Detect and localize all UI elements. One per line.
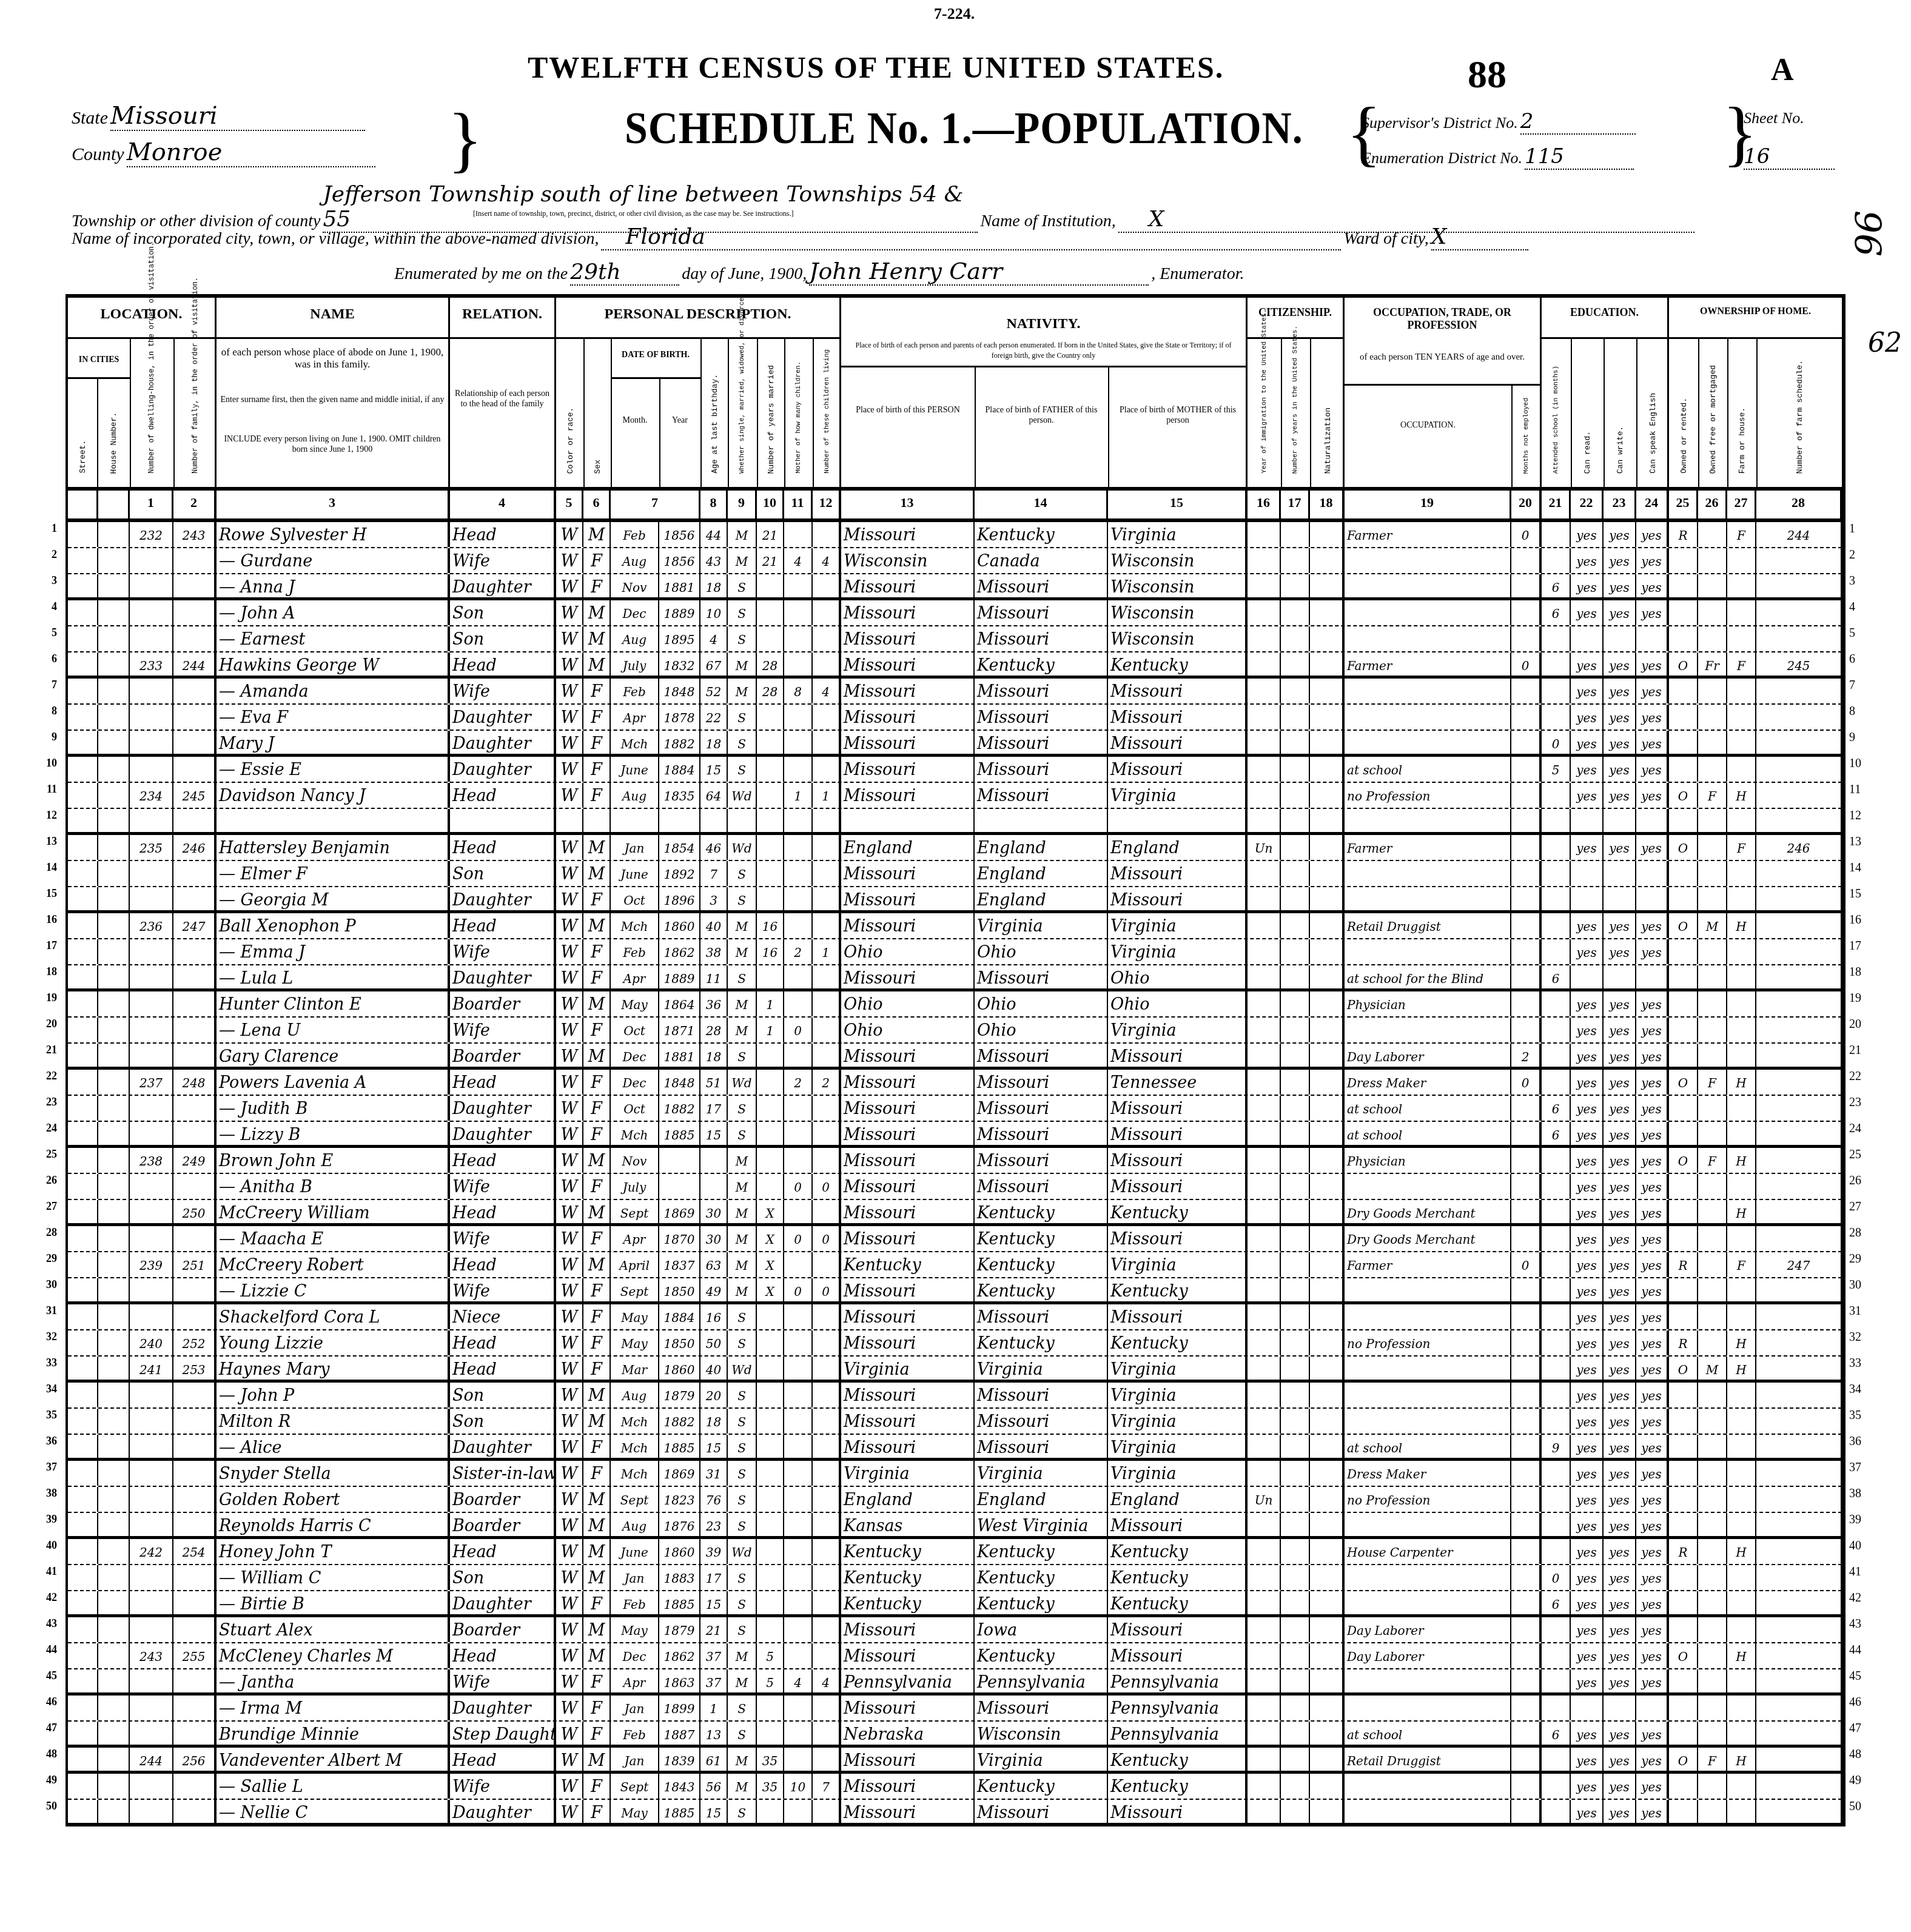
cell-imm [1248,1357,1281,1380]
cell-occ [1345,809,1511,832]
cell-fb: Ohio [975,939,1108,964]
cell-rd: yes [1571,600,1604,625]
cell-en: yes [1636,1409,1669,1434]
cell-mb: Tennessee [1108,1070,1248,1095]
cell-mb: Pennsylvania [1108,1722,1248,1745]
cell-sch: 6 [1542,1122,1571,1145]
cell-name: — Eva F [217,705,450,730]
cell-cl [813,1800,841,1825]
cell-mar: M [728,679,757,703]
cell-moc: 0 [784,1278,813,1301]
cell-occ: at school [1345,1722,1511,1745]
cell-fb: Missouri [975,1304,1108,1329]
cell-mo: Mch [611,1409,659,1434]
cell-sch [1542,705,1571,730]
cell-wr: yes [1604,1800,1636,1825]
ward-value: X [1431,224,1528,250]
cell-en: yes [1636,652,1669,676]
cell-farm [1727,1774,1756,1799]
cell-blank [98,548,130,573]
cell-yr: 1895 [659,626,700,651]
line-number-right: 12 [1849,809,1879,823]
cell-mort [1698,887,1727,910]
cell-fb: Ohio [975,991,1108,1016]
cell-mort [1698,991,1727,1016]
cell-occ: Physician [1345,1148,1511,1173]
cell-imm [1248,1044,1281,1067]
cell-cl [813,1617,841,1642]
cell-fs [1756,991,1842,1016]
cell-fs: 244 [1756,522,1842,547]
cell-age: 3 [700,887,728,910]
cell-mu [1511,1278,1542,1301]
cell-wr: yes [1604,731,1636,754]
cell-mort [1698,757,1727,782]
line-number: 45 [33,1669,57,1682]
cell-age: 15 [700,1122,728,1145]
line-number: 10 [33,757,57,770]
header-location: LOCATION. IN CITIES Street. House Number… [68,298,217,487]
cell-dw [130,1435,173,1458]
cell-wr: yes [1604,1174,1636,1199]
cell-sch [1542,939,1571,964]
cell-own [1669,1278,1698,1301]
cell-moc [784,731,813,754]
cell-mar: M [728,1278,757,1301]
column-number: 2 [173,487,217,518]
cell-nat [1310,1357,1345,1380]
cell-mar: Wd [728,835,757,860]
cell-own [1669,1565,1698,1590]
cell-pb: Missouri [841,861,975,886]
cell-mo: Feb [611,939,659,964]
line-number: 44 [33,1643,57,1656]
cell-yr: 1871 [659,1018,700,1042]
cell-dw [130,705,173,730]
cell-color: W [556,1304,583,1329]
cell-nat [1310,1148,1345,1173]
cell-mort [1698,1696,1727,1720]
cell-sex: M [583,522,611,547]
cell-fam: 250 [173,1200,217,1223]
cell-dw [130,1174,173,1199]
cell-sex: F [583,1800,611,1825]
line-number-right: 36 [1849,1435,1879,1449]
cell-blank [68,1383,98,1407]
cell-dw [130,861,173,886]
cell-rel: Son [450,626,556,651]
cell-farm: H [1727,1357,1756,1380]
cell-mar: S [728,1696,757,1720]
line-number-right: 16 [1849,913,1879,927]
line-number-right: 25 [1849,1148,1879,1162]
cell-rel: Wife [450,1018,556,1042]
cell-moc [784,1122,813,1145]
cell-fam [173,1722,217,1745]
cell-mo: Oct [611,1018,659,1042]
line-number-right: 40 [1849,1539,1879,1553]
cell-fs [1756,1591,1842,1614]
cell-rel: Head [450,1070,556,1095]
cell-sch [1542,1800,1571,1825]
cell-moc [784,1435,813,1458]
column-number: 23 [1604,487,1636,518]
table-row: 2727250McCreery WilliamHeadWMSept186930M… [68,1200,1842,1226]
cell-rel: Head [450,835,556,860]
cell-mu [1511,809,1542,832]
cell-dw [130,1409,173,1434]
cell-yr [659,809,700,832]
cell-cl [813,1148,841,1173]
cell-mort [1698,1539,1727,1564]
county-value: Monroe [127,138,375,167]
cell-mo: Dec [611,1044,659,1067]
line-number: 41 [33,1565,57,1578]
cell-sch: 6 [1542,1591,1571,1614]
cell-mu [1511,1357,1542,1380]
cell-mb: Kentucky [1108,1748,1248,1771]
table-row: 4141— William CSonWMJan188317SKentuckyKe… [68,1565,1842,1591]
cell-blank [98,1278,130,1301]
cell-moc [784,1409,813,1434]
cell-fb: Missouri [975,1096,1108,1121]
cell-fb: Kentucky [975,1252,1108,1277]
cell-yus [1281,652,1310,676]
cell-age: 17 [700,1565,728,1590]
cell-yus [1281,1591,1310,1614]
cell-blank [98,1435,130,1458]
cell-mo: April [611,1252,659,1277]
cell-mar: Wd [728,1357,757,1380]
cell-occ [1345,1591,1511,1614]
cell-name: Davidson Nancy J [217,783,450,808]
cell-fb: Kentucky [975,1565,1108,1590]
cell-pb: Missouri [841,679,975,703]
cell-blank [68,1330,98,1355]
cell-occ [1345,1278,1511,1301]
cell-imm [1248,1096,1281,1121]
cell-mort [1698,1617,1727,1642]
line-number: 11 [33,783,57,796]
cell-wr: yes [1604,1252,1636,1277]
line-number: 12 [33,809,57,822]
line-number: 3 [33,574,57,587]
cell-cl [813,1409,841,1434]
county-field: County Monroe [72,138,375,167]
cell-fs [1756,1669,1842,1692]
cell-occ: no Profession [1345,783,1511,808]
column-number [98,487,130,518]
column-number: 7 [611,487,700,518]
cell-mo: July [611,652,659,676]
cell-dw [130,1774,173,1799]
line-number: 22 [33,1070,57,1082]
cell-imm [1248,1278,1281,1301]
cell-age: 51 [700,1070,728,1095]
cell-yr: 1885 [659,1800,700,1825]
cell-cl [813,1122,841,1145]
cell-imm [1248,1539,1281,1564]
cell-yr: 1882 [659,1096,700,1121]
cell-cl [813,705,841,730]
cell-blank [68,913,98,938]
cell-mu: 0 [1511,1252,1542,1277]
cell-occ [1345,1669,1511,1692]
cell-wr: yes [1604,1122,1636,1145]
cell-fs [1756,1304,1842,1329]
table-row: 1515— Georgia MDaughterWFOct18963SMissou… [68,887,1842,913]
cell-blank [98,1409,130,1434]
sheet-value: 16 [1744,144,1835,170]
cell-name: Vandeventer Albert M [217,1748,450,1771]
cell-mb: Missouri [1108,679,1248,703]
cell-farm [1727,887,1756,910]
cell-sex: M [583,1148,611,1173]
cell-fs [1756,1800,1842,1825]
cell-age: 22 [700,705,728,730]
cell-wr: yes [1604,1018,1636,1042]
cell-blank [98,1617,130,1642]
table-row: 2929239251McCreery RobertHeadWMApril1837… [68,1252,1842,1278]
cell-rd: yes [1571,1409,1604,1434]
cell-name: — Earnest [217,626,450,651]
cell-imm [1248,1200,1281,1223]
line-number: 15 [33,887,57,900]
cell-ym [757,1148,784,1173]
cell-dw [130,1096,173,1121]
line-number: 25 [33,1148,57,1161]
cell-mo: Mch [611,1435,659,1458]
cell-ym [757,600,784,625]
cell-color: W [556,1617,583,1642]
cell-dw [130,1591,173,1614]
cell-mo: Feb [611,1722,659,1745]
enumerator-label: , Enumerator. [1151,264,1244,283]
cell-rel: Head [450,522,556,547]
cell-yr: 1848 [659,1070,700,1095]
cell-fb: Missouri [975,600,1108,625]
cell-pb: Missouri [841,965,975,988]
line-number-right: 22 [1849,1070,1879,1084]
cell-en: yes [1636,1070,1669,1095]
cell-color: W [556,1018,583,1042]
cell-fam: 251 [173,1252,217,1277]
cell-fam [173,1122,217,1145]
line-number: 29 [33,1252,57,1265]
cell-dw [130,991,173,1016]
cell-cl: 1 [813,939,841,964]
cell-age: 39 [700,1539,728,1564]
enumeration-field: Enumeration District No. 115 [1362,144,1634,170]
cell-ym [757,574,784,597]
cell-ym [757,1357,784,1380]
cell-mort [1698,1278,1727,1301]
cell-mar: S [728,1435,757,1458]
cell-mo: Apr [611,1669,659,1692]
enumeration-label: Enumeration District No. [1362,149,1522,167]
cell-ym [757,965,784,988]
cell-fs [1756,679,1842,703]
cell-farm [1727,991,1756,1016]
cell-yr: 1839 [659,1748,700,1771]
cell-sch [1542,1357,1571,1380]
cell-en: yes [1636,913,1669,938]
cell-mb: Missouri [1108,861,1248,886]
cell-dw [130,1696,173,1720]
cell-own [1669,1435,1698,1458]
cell-rd: yes [1571,1018,1604,1042]
cell-farm [1727,1461,1756,1486]
cell-occ: House Carpenter [1345,1539,1511,1564]
cell-dw [130,1800,173,1825]
cell-blank [98,1200,130,1223]
cell-mo: Jan [611,1696,659,1720]
cell-imm [1248,1748,1281,1771]
cell-pb: Missouri [841,757,975,782]
cell-mb: Pennsylvania [1108,1696,1248,1720]
cell-imm [1248,939,1281,964]
cell-name: — Birtie B [217,1591,450,1614]
cell-color: W [556,1696,583,1720]
cell-fam [173,1591,217,1614]
cell-rd: yes [1571,1800,1604,1825]
cell-name: — John A [217,600,450,625]
line-number-right: 6 [1849,652,1879,666]
cell-moc [784,1148,813,1173]
cell-occ: Farmer [1345,1252,1511,1277]
line-number-right: 50 [1849,1800,1879,1814]
cell-sex [583,809,611,832]
line-number-right: 32 [1849,1330,1879,1344]
cell-pb: Missouri [841,1696,975,1720]
cell-imm [1248,731,1281,754]
cell-occ: Dry Goods Merchant [1345,1200,1511,1223]
line-number-right: 27 [1849,1200,1879,1214]
cell-mort: F [1698,783,1727,808]
cell-name: Golden Robert [217,1487,450,1512]
cell-nat [1310,548,1345,573]
cell-mb: Missouri [1108,1174,1248,1199]
cell-rel: Daughter [450,1122,556,1145]
cell-blank [98,1252,130,1277]
cell-rd: yes [1571,1200,1604,1223]
cell-rd: yes [1571,939,1604,964]
cell-name: McCreery William [217,1200,450,1223]
cell-age: 61 [700,1748,728,1771]
cell-mu [1511,1643,1542,1668]
line-number: 14 [33,861,57,874]
cell-rel: Son [450,1383,556,1407]
cell-yr: 1854 [659,835,700,860]
cell-own [1669,1304,1698,1329]
cell-fs [1756,1226,1842,1251]
cell-mu [1511,1096,1542,1121]
cell-mo: Mch [611,1461,659,1486]
cell-pb: Missouri [841,1304,975,1329]
cell-en: yes [1636,1539,1669,1564]
cell-fam [173,991,217,1016]
cell-age: 18 [700,1409,728,1434]
cell-color: W [556,679,583,703]
cell-name: — Alice [217,1435,450,1458]
cell-farm [1727,1617,1756,1642]
cell-ym [757,1096,784,1121]
cell-sch: 6 [1542,1096,1571,1121]
cell-moc [784,1617,813,1642]
cell-age: 46 [700,835,728,860]
cell-color: W [556,1748,583,1771]
cell-mar: S [728,1330,757,1355]
cell-fam [173,731,217,754]
cell-farm [1727,1096,1756,1121]
cell-yr: 1885 [659,1122,700,1145]
cell-ym [757,1539,784,1564]
cell-blank [68,783,98,808]
cell-rel: Boarder [450,1617,556,1642]
cell-pb: Missouri [841,1044,975,1067]
cell-rd: yes [1571,574,1604,597]
cell-fam [173,1409,217,1434]
cell-blank [98,783,130,808]
cell-en: yes [1636,1304,1669,1329]
cell-cl [813,652,841,676]
cell-moc [784,861,813,886]
table-row: 2525238249Brown John EHeadWMNovMMissouri… [68,1148,1842,1174]
cell-sex: F [583,1696,611,1720]
column-number: 26 [1698,487,1727,518]
cell-color: W [556,1174,583,1199]
cell-farm [1727,705,1756,730]
cell-en: yes [1636,1148,1669,1173]
line-number: 35 [33,1409,57,1421]
cell-rd: yes [1571,1591,1604,1614]
cell-mo: Feb [611,522,659,547]
line-number-right: 5 [1849,626,1879,640]
cell-blank [68,1226,98,1251]
cell-mort [1698,1565,1727,1590]
cell-en: yes [1636,1800,1669,1825]
cell-rel: Step Daughter [450,1722,556,1745]
cell-color: W [556,913,583,938]
cell-moc [784,522,813,547]
cell-rel: Son [450,1565,556,1590]
cell-mo: Mar [611,1357,659,1380]
cell-mu [1511,757,1542,782]
cell-fs [1756,731,1842,754]
cell-mort: Fr [1698,652,1727,676]
cell-mort [1698,939,1727,964]
cell-wr: yes [1604,1044,1636,1067]
cell-fb: Kentucky [975,1591,1108,1614]
cell-farm: H [1727,783,1756,808]
cell-nat [1310,1122,1345,1145]
cell-yus [1281,861,1310,886]
cell-blank [68,965,98,988]
cell-en: yes [1636,1330,1669,1355]
cell-mort [1698,1409,1727,1434]
cell-mu: 0 [1511,652,1542,676]
cell-dw [130,626,173,651]
table-row: 4848244256Vandeventer Albert MHeadWMJan1… [68,1748,1842,1774]
cell-moc: 10 [784,1774,813,1799]
cell-rel: Sister-in-law [450,1461,556,1486]
cell-name: — Judith B [217,1096,450,1121]
cell-ym: X [757,1252,784,1277]
cell-mu [1511,1696,1542,1720]
cell-rel: Head [450,1643,556,1668]
cell-mu [1511,1539,1542,1564]
cell-age: 18 [700,1044,728,1067]
